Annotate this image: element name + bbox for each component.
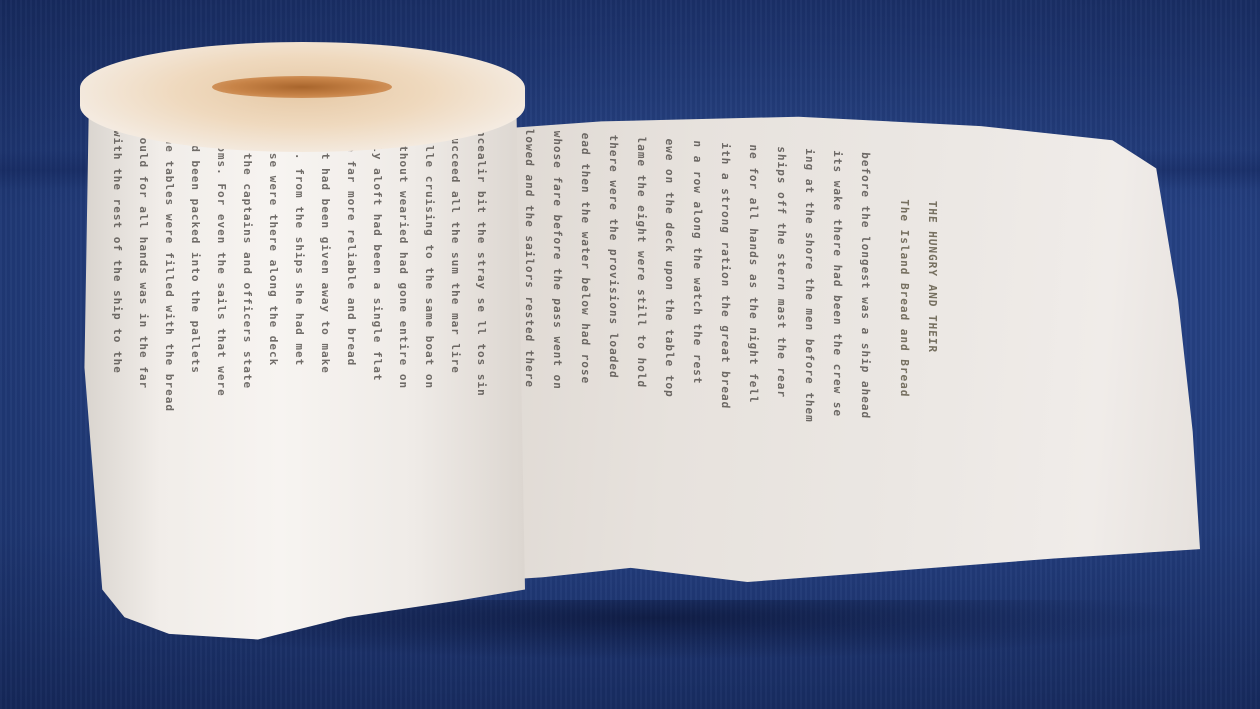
sheet-text-line: ing at the shore the men before them [804,148,815,569]
roll-text-line: in the captains and officers state [242,130,253,600]
roll-text-line: the tables were filled with the bread [164,130,175,600]
roll-text-line: rooms. For even the sails that were [216,130,227,600]
roll-text-line: ncealir bit the stray se ll tos sin [476,130,487,600]
sheet-text-line: lowed and the sailors rested there [524,128,535,549]
cardboard-core [212,76,392,98]
roll-text-line: lent had been given away to make [320,130,331,600]
sheet-text-line: whose fare before the pass went on [552,130,563,551]
sheet-text-line: lame the eight were still to hold [636,136,647,557]
sheet-text-line: ead then the water below had rose [580,132,591,553]
roll-text-line: tor. from the ships she had met [294,130,305,600]
roll-text-line: with the rest of the ship to the [112,130,123,600]
roll-text-line: only aloft had been a single flat [372,130,383,600]
roll-text-line: without wearied had gone entire on [398,130,409,600]
sheet-text-line: ships off the stern mast the rear [776,146,787,567]
roll-typed-text: ncealir bit the stray se ll tos sin succ… [100,130,500,600]
sheet-heading: THE HUNGRY AND THEIR The Island Bread an… [885,198,955,502]
sheet-text-line: ewe on the deck upon the table top [664,138,675,559]
sheet-text-line: there were the provisions loaded [608,134,619,555]
roll-text-line: fhese were there along the deck [268,130,279,600]
sheet-text-line: ith a strong ration the great bread [720,142,731,563]
roll-text-line: wille cruising to the same boat on [424,130,435,600]
sheet-text-line: n a row along the watch the rest [692,140,703,561]
sheet-text-line: its wake there had been the crew se [832,150,843,571]
roll-text-line: and been packed into the pallets [190,130,201,600]
sheet-text-line: ne for all hands as the night fell [748,144,759,565]
sheet-typed-text: before the longest was a ship ahead its … [500,127,880,574]
sheet-text-line: before the longest was a ship ahead [860,152,871,573]
roll-text-line: succeed all the sum the mar lire [450,130,461,600]
sheet-heading-line: THE HUNGRY AND THEIR [927,200,938,501]
sheet-heading-line: The Island Bread and Bread [899,199,910,500]
roll-text-line: sould for all hands was in the far [138,130,149,600]
roll-text-line: the far more reliable and bread [346,130,357,600]
